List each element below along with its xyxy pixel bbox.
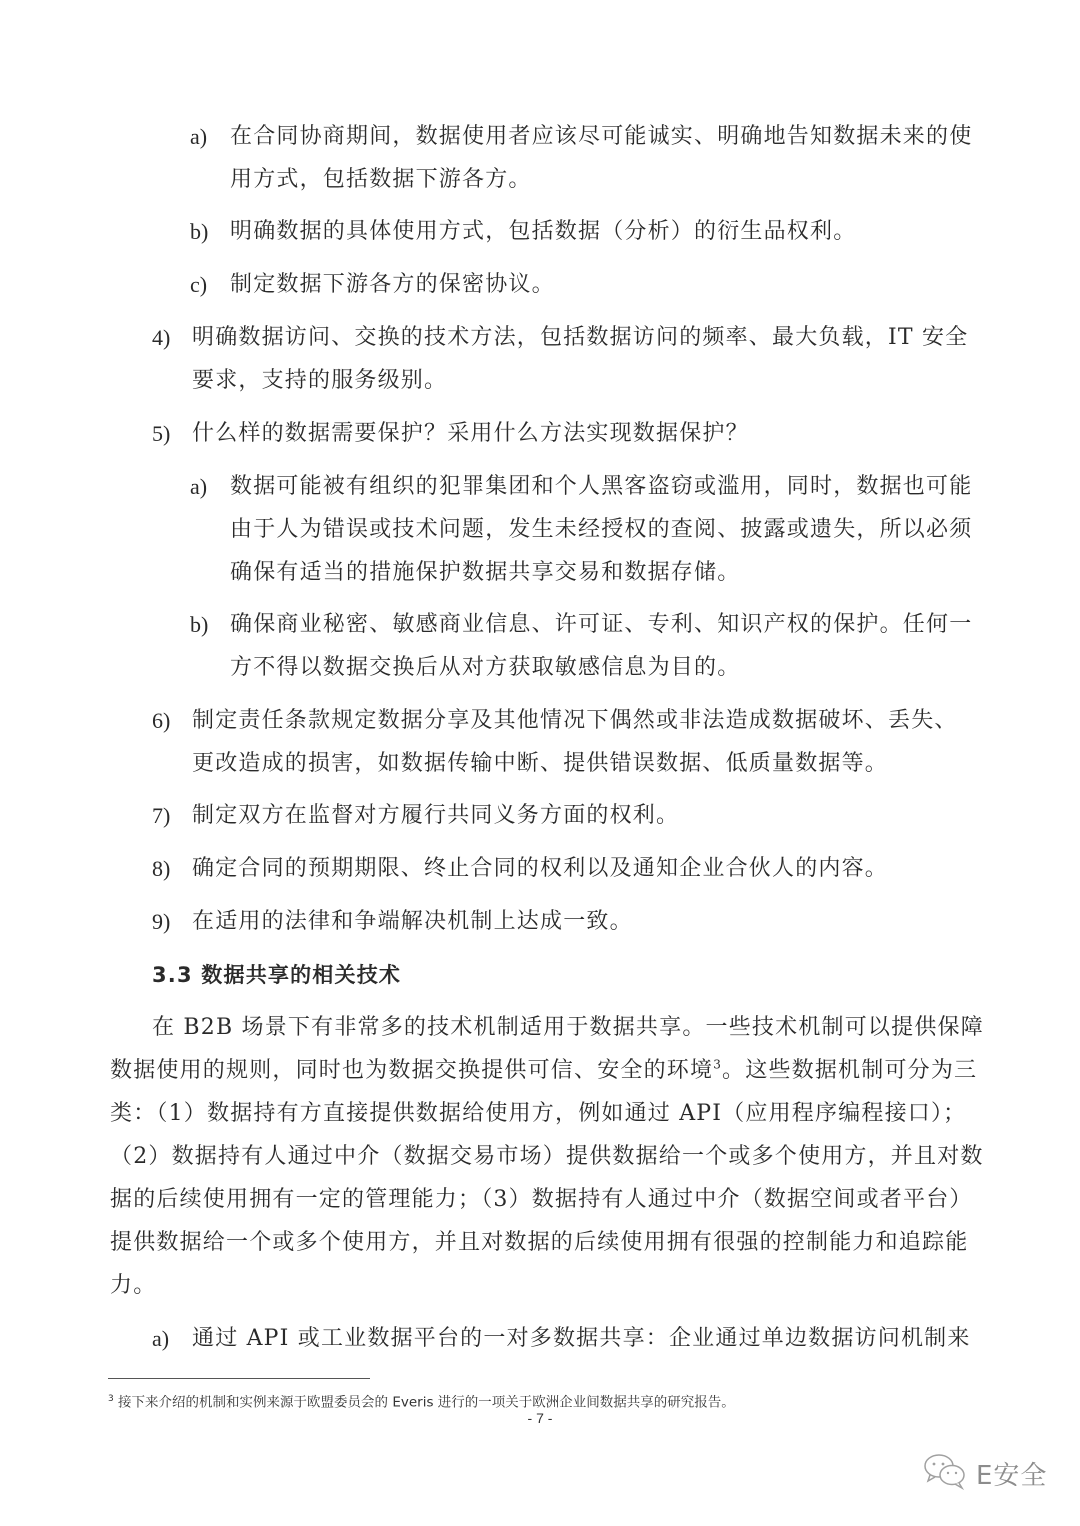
list-marker: 4): [152, 323, 170, 353]
list-item-text: 制定责任条款规定数据分享及其他情况下偶然或非法造成数据破坏、丢失、: [192, 706, 958, 736]
list-item-text: 由于人为错误或技术问题，发生未经授权的查阅、披露或遗失，所以必须: [230, 515, 972, 545]
list-item-text: 在合同协商期间，数据使用者应该尽可能诚实、明确地告知数据未来的使: [230, 122, 972, 152]
list-marker: c): [190, 270, 207, 300]
list-item-text: 确保有适当的措施保护数据共享交易和数据存储。: [230, 558, 740, 588]
paragraph-text: 。这些数据机制可分为三: [722, 1058, 977, 1083]
wechat-icon: [922, 1451, 968, 1495]
list-item-text: 什么样的数据需要保护？采用什么方法实现数据保护？: [192, 419, 749, 449]
section-heading: 3.3 数据共享的相关技术: [152, 960, 401, 990]
footnote-number: 3: [108, 1394, 114, 1404]
list-item-text: 明确数据访问、交换的技术方法，包括数据访问的频率、最大负载，IT 安全: [192, 323, 968, 353]
paragraph-line: （2）数据持有人通过中介（数据交易市场）提供数据给一个或多个使用方，并且对数: [110, 1142, 984, 1172]
list-marker: b): [190, 610, 208, 640]
list-item-text: 要求，支持的服务级别。: [192, 366, 447, 396]
watermark: E安全: [922, 1450, 1047, 1496]
list-item-text: 明确数据的具体使用方式，包括数据（分析）的衍生品权利。: [230, 217, 856, 247]
footnote: 3 接下来介绍的机制和实例来源于欧盟委员会的 Everis 进行的一项关于欧洲企…: [108, 1390, 735, 1412]
paragraph-text: 数据使用的规则，同时也为数据交换提供可信、安全的环境: [110, 1058, 713, 1083]
list-marker: 6): [152, 706, 170, 736]
paragraph-line: 类：（1）数据持有方直接提供数据给使用方，例如通过 API（应用程序编程接口）；: [110, 1099, 966, 1129]
list-marker: a): [152, 1324, 169, 1354]
paragraph-line: 数据使用的规则，同时也为数据交换提供可信、安全的环境3。这些数据机制可分为三: [110, 1056, 977, 1086]
footnote-divider: [108, 1378, 370, 1379]
list-marker: b): [190, 217, 208, 247]
list-marker: 9): [152, 907, 170, 937]
list-item-text: 数据可能被有组织的犯罪集团和个人黑客盗窃或滥用，同时，数据也可能: [230, 472, 972, 502]
paragraph-line: 在 B2B 场景下有非常多的技术机制适用于数据共享。一些技术机制可以提供保障: [152, 1013, 984, 1043]
list-item-text: 用方式，包括数据下游各方。: [230, 165, 532, 195]
footnote-reference[interactable]: 3: [713, 1058, 722, 1072]
list-item-text: 更改造成的损害，如数据传输中断、提供错误数据、低质量数据等。: [192, 749, 888, 779]
list-item-text: 在适用的法律和争端解决机制上达成一致。: [192, 907, 633, 937]
list-marker: 7): [152, 801, 170, 831]
paragraph-line: 力。: [110, 1271, 156, 1301]
list-marker: a): [190, 122, 207, 152]
footnote-text: 接下来介绍的机制和实例来源于欧盟委员会的 Everis 进行的一项关于欧洲企业间…: [118, 1395, 735, 1411]
list-marker: a): [190, 472, 207, 502]
page-number: - 7 -: [0, 1410, 1080, 1426]
list-item-text: 通过 API 或工业数据平台的一对多数据共享：企业通过单边数据访问机制来: [192, 1324, 971, 1354]
list-item-text: 确保商业秘密、敏感商业信息、许可证、专利、知识产权的保护。任何一: [230, 610, 972, 640]
watermark-text: E安全: [976, 1455, 1047, 1492]
list-marker: 8): [152, 854, 170, 884]
list-item-text: 确定合同的预期期限、终止合同的权利以及通知企业合伙人的内容。: [192, 854, 888, 884]
list-marker: 5): [152, 419, 170, 449]
paragraph-line: 提供数据给一个或多个使用方，并且对数据的后续使用拥有很强的控制能力和追踪能: [110, 1228, 968, 1258]
list-item-text: 方不得以数据交换后从对方获取敏感信息为目的。: [230, 653, 740, 683]
paragraph-line: 据的后续使用拥有一定的管理能力；（3）数据持有人通过中介（数据空间或者平台）: [110, 1185, 973, 1215]
list-item-text: 制定双方在监督对方履行共同义务方面的权利。: [192, 801, 679, 831]
list-item-text: 制定数据下游各方的保密协议。: [230, 270, 555, 300]
